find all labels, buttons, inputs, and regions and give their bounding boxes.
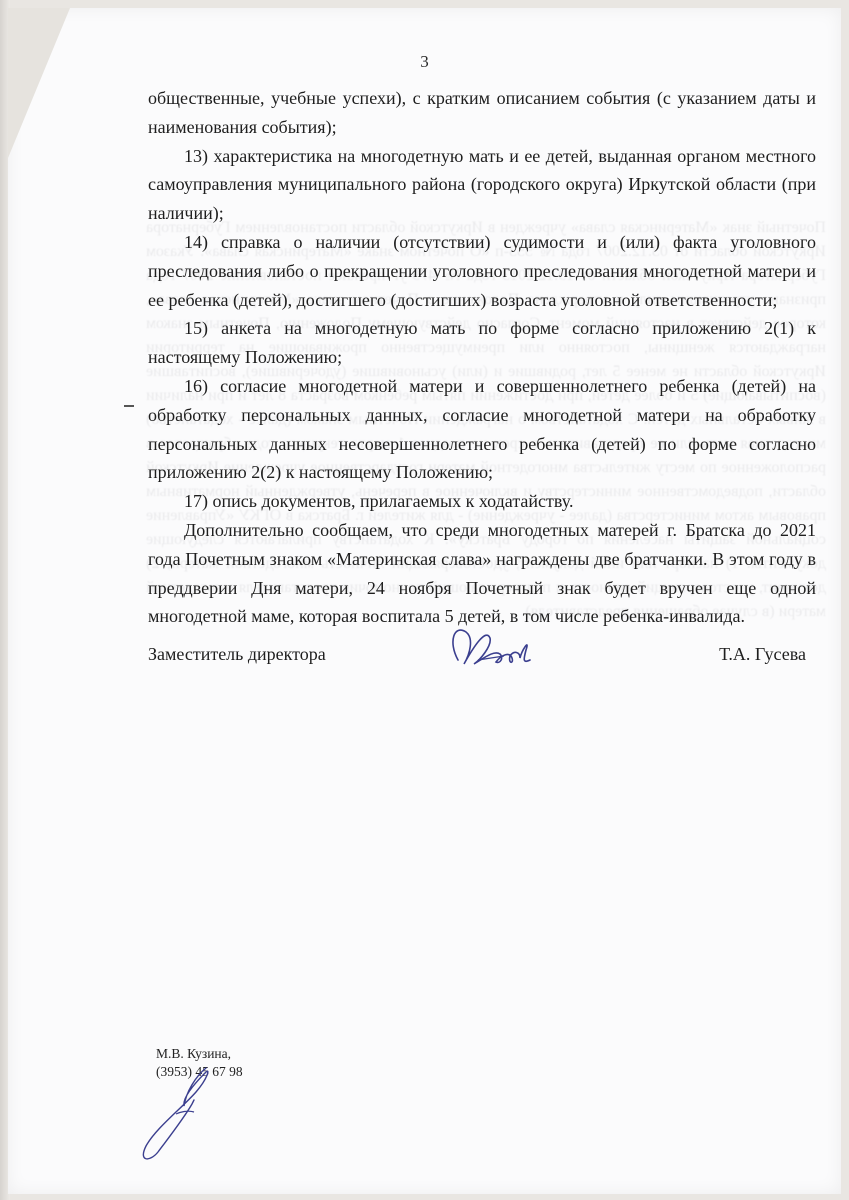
list-item-14: 14) справка о наличии (отсутствии) судим…: [148, 228, 816, 314]
signature-block: Заместитель директора Т.А. Гусева: [148, 638, 816, 678]
folded-corner: [8, 8, 70, 158]
list-item-17: 17) опись документов, прилагаемых к хода…: [148, 487, 816, 516]
additional-info-paragraph: Дополнительно сообщаем, что среди многод…: [148, 516, 816, 631]
document-page: Почетный знак «Материнская слава» учрежд…: [8, 8, 841, 1194]
document-body: общественные, учебные успехи), с кратким…: [148, 84, 816, 631]
paragraph-continuation: общественные, учебные успехи), с кратким…: [148, 84, 816, 142]
list-item-15: 15) анкета на многодетную мать по форме …: [148, 314, 816, 372]
executor-signature-icon: [136, 1066, 246, 1166]
signatory-name: Т.А. Гусева: [719, 644, 806, 665]
list-item-16: 16) согласие многодетной матери и соверш…: [148, 372, 816, 487]
margin-mark: [124, 405, 134, 407]
handwritten-signature-icon: [444, 620, 554, 676]
page-number: 3: [8, 52, 841, 72]
list-item-13: 13) характеристика на многодетную мать и…: [148, 142, 816, 228]
executor-name: М.В. Кузина,: [156, 1045, 243, 1063]
signatory-position: Заместитель директора: [148, 644, 326, 665]
